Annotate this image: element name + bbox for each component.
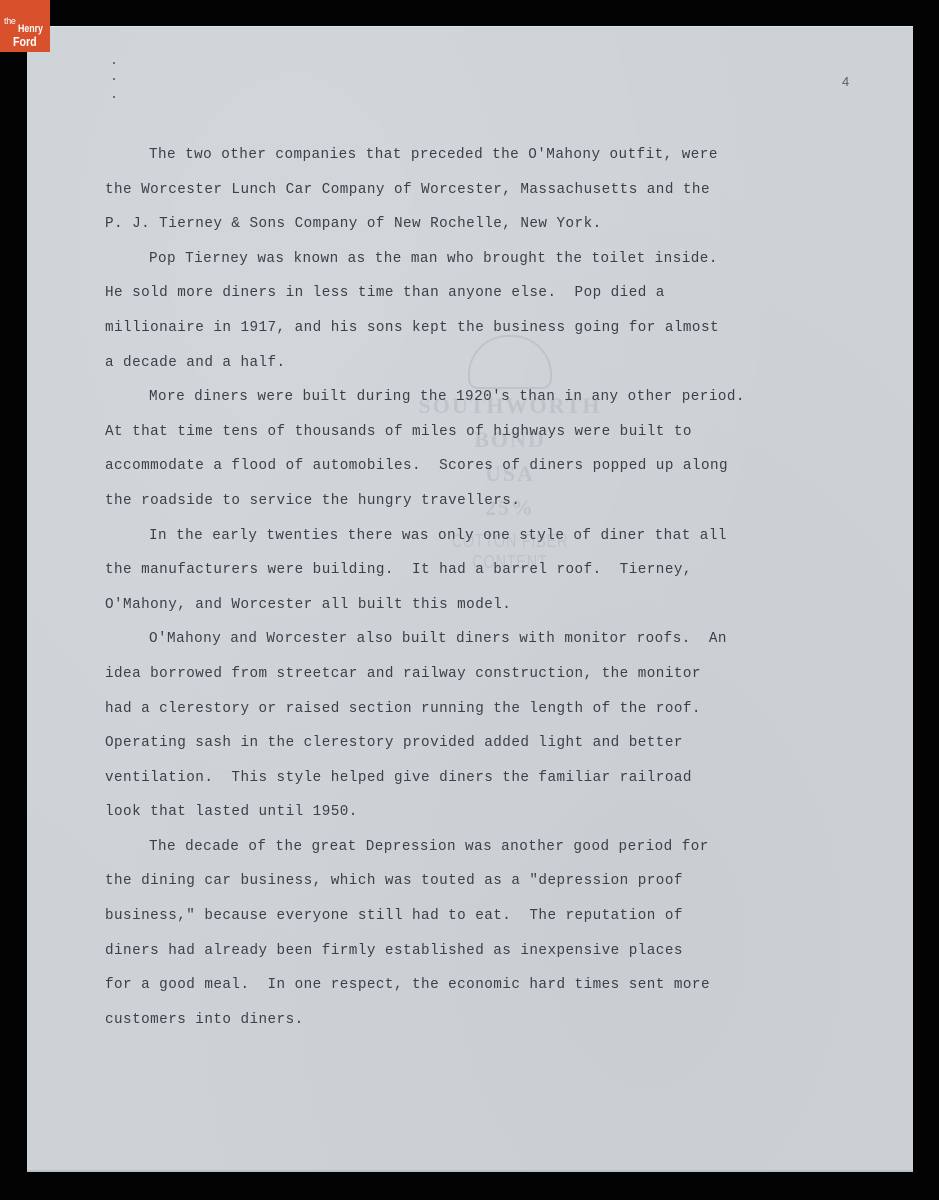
text-line: the dining car business, which was toute… (105, 864, 845, 899)
text-line: had a clerestory or raised section runni… (105, 692, 845, 727)
text-line: O'Mahony and Worcester also built diners… (105, 622, 845, 657)
mark-dot (113, 62, 115, 64)
text-line: The two other companies that preceded th… (105, 138, 845, 173)
mark-dot (113, 78, 115, 80)
text-line: Operating sash in the clerestory provide… (105, 726, 845, 761)
text-line: He sold more diners in less time than an… (105, 276, 845, 311)
text-line: business," because everyone still had to… (105, 899, 845, 934)
page-number: 4 (842, 74, 849, 89)
text-line: In the early twenties there was only one… (105, 519, 845, 554)
mark-dot (113, 96, 115, 98)
document-body: The two other companies that preceded th… (105, 138, 845, 1037)
text-line: look that lasted until 1950. (105, 795, 845, 830)
logo-ford: Ford (13, 35, 37, 48)
text-line: the roadside to service the hungry trave… (105, 484, 845, 519)
text-line: the Worcester Lunch Car Company of Worce… (105, 173, 845, 208)
text-line: accommodate a flood of automobiles. Scor… (105, 449, 845, 484)
text-line: More diners were built during the 1920's… (105, 380, 845, 415)
text-line: millionaire in 1917, and his sons kept t… (105, 311, 845, 346)
text-line: At that time tens of thousands of miles … (105, 415, 845, 450)
text-line: for a good meal. In one respect, the eco… (105, 968, 845, 1003)
text-line: diners had already been firmly establish… (105, 934, 845, 969)
text-line: ventilation. This style helped give dine… (105, 761, 845, 796)
paper-marks (113, 62, 117, 102)
henry-ford-logo: the Henry Ford (0, 0, 50, 52)
text-line: Pop Tierney was known as the man who bro… (105, 242, 845, 277)
document-viewer: the Henry Ford SOUTHWORTH BOND USA 25% C… (0, 0, 939, 1200)
text-line: P. J. Tierney & Sons Company of New Roch… (105, 207, 845, 242)
text-line: the manufacturers were building. It had … (105, 553, 845, 588)
text-line: The decade of the great Depression was a… (105, 830, 845, 865)
text-line: a decade and a half. (105, 346, 845, 381)
logo-the: the (4, 17, 16, 26)
text-line: O'Mahony, and Worcester all built this m… (105, 588, 845, 623)
text-line: idea borrowed from streetcar and railway… (105, 657, 845, 692)
text-line: customers into diners. (105, 1003, 845, 1038)
